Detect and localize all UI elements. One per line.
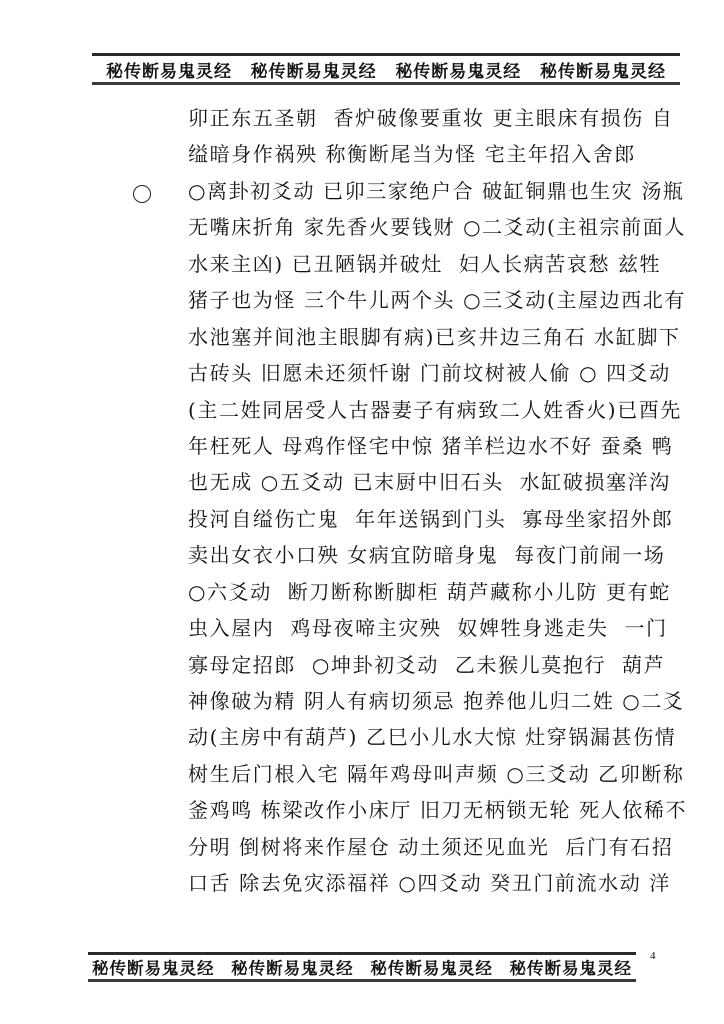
text-line: 水池塞并间池主眼脚有病)已亥井边三角石 水缸脚下 [188,319,688,355]
text-line: 猪子也为怪 三个牛儿两个头 ○三爻动(主屋边西北有 [188,282,688,318]
text-line: 年枉死人 母鸡作怪宅中惊 猪羊栏边水不好 蚕桑 鸭 [188,428,688,464]
text-line: ○六爻动 断刀断称断脚柜 葫芦藏称小儿防 更有蛇 [188,574,688,610]
header-title: 秘传断易鬼灵经 [395,57,521,82]
text-line: 口舌 除去免灾添福祥 ○四爻动 癸丑门前流水动 洋 [188,865,688,901]
footer-title: 秘传断易鬼灵经 [509,955,632,979]
text-line: 卯正东五圣朝 香炉破像要重妆 更主眼床有损伤 自 [188,100,688,136]
text-line: 缢暗身作祸殃 称衡断尾当为怪 宅主年招入舍郎 [188,136,688,172]
text-line: ○离卦初爻动 已卯三家绝户合 破缸铜鼎也生灾 汤瓶 [188,173,688,209]
running-footer: 秘传断易鬼灵经 秘传断易鬼灵经 秘传断易鬼灵经 秘传断易鬼灵经 [88,952,636,982]
text-line: 分明 倒树将来作屋仓 动土须还见血光 后门有石招 [188,829,688,865]
text-line: 卖出女衣小口殃 女病宜防暗身鬼 每夜门前闹一场 [188,537,688,573]
page-number: 4 [650,950,656,962]
text-line: 虫入屋内 鸡母夜啼主灾殃 奴婢牲身逃走失 一门 [188,610,688,646]
text-line: 树生后门根入宅 隔年鸡母叫声频 ○三爻动 乙卯断称 [188,756,688,792]
text-line: 动(主房中有葫芦) 乙巳小儿水大惊 灶穿锅漏甚伤情 [188,719,688,755]
text-line: 水来主凶) 已丑陋锅并破灶 妇人长病苦哀愁 兹牲 [188,246,688,282]
margin-circle-mark [133,185,151,203]
body-text: 卯正东五圣朝 香炉破像要重妆 更主眼床有损伤 自 缢暗身作祸殃 称衡断尾当为怪 … [188,100,688,902]
text-line: 古砖头 旧愿未还须忏谢 门前坟树被人偷 ○ 四爻动 [188,355,688,391]
text-line: 神像破为精 阴人有病切须忌 抱养他儿归二姓 ○二爻 [188,683,688,719]
text-line: 釜鸡鸣 栋梁改作小床厅 旧刀无柄锁无轮 死人依稀不 [188,792,688,828]
footer-title: 秘传断易鬼灵经 [92,955,215,979]
text-line: 投河自缢伤亡鬼 年年送锅到门头 寡母坐家招外郎 [188,501,688,537]
text-line: 无嘴床折角 家先香火要钱财 ○二爻动(主祖宗前面人 [188,209,688,245]
header-title: 秘传断易鬼灵经 [251,57,377,82]
running-header: 秘传断易鬼灵经 秘传断易鬼灵经 秘传断易鬼灵经 秘传断易鬼灵经 [92,53,680,85]
header-title: 秘传断易鬼灵经 [106,57,232,82]
footer-title: 秘传断易鬼灵经 [370,955,493,979]
text-line: (主二姓同居受人古器妻子有病致二人姓香火)已酉先 [188,392,688,428]
footer-title: 秘传断易鬼灵经 [231,955,354,979]
text-line: 寡母定招郎 ○坤卦初爻动 乙未猴儿莫抱行 葫芦 [188,647,688,683]
header-title: 秘传断易鬼灵经 [540,57,666,82]
text-line: 也无成 ○五爻动 已末厨中旧石头 水缸破损塞洋沟 [188,464,688,500]
